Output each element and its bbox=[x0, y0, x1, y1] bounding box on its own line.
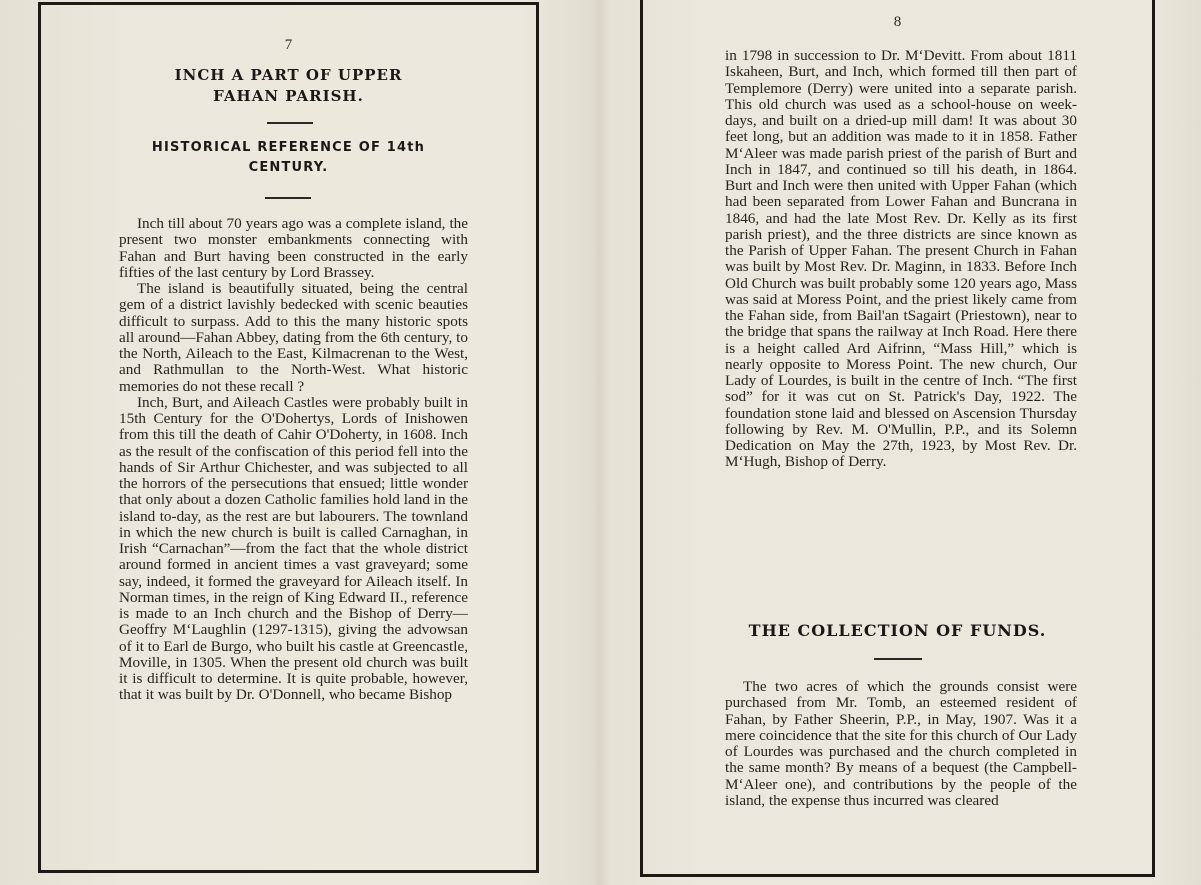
paragraph: The island is beautifully situated, bein… bbox=[119, 281, 468, 395]
right-page: 8 in 1798 in succession to Dr. M‘Devitt.… bbox=[640, 0, 1155, 877]
page-number: 7 bbox=[41, 37, 536, 54]
right-body-text: in 1798 in succession to Dr. M‘Devitt. F… bbox=[725, 48, 1077, 471]
section-title: THE COLLECTION OF FUNDS. bbox=[643, 620, 1152, 641]
page-title-line-1: INCH A PART OF UPPER bbox=[41, 65, 536, 86]
paragraph: Inch till about 70 years ago was a compl… bbox=[119, 216, 468, 281]
title-divider bbox=[267, 122, 313, 124]
booklet-spread: 7 INCH A PART OF UPPER FAHAN PARISH. HIS… bbox=[0, 0, 1201, 885]
left-body-text: Inch till about 70 years ago was a compl… bbox=[119, 216, 468, 704]
paragraph: The two acres of which the grounds consi… bbox=[725, 679, 1077, 809]
page-title-line-2: FAHAN PARISH. bbox=[41, 86, 536, 107]
paragraph: Inch, Burt, and Aileach Castles were pro… bbox=[119, 395, 468, 704]
section-body-text: The two acres of which the grounds consi… bbox=[725, 679, 1077, 809]
subtitle-divider bbox=[265, 197, 311, 199]
page-number: 8 bbox=[643, 14, 1152, 31]
paragraph: in 1798 in succession to Dr. M‘Devitt. F… bbox=[725, 48, 1077, 471]
subtitle-line-1: HISTORICAL REFERENCE OF 14th bbox=[41, 138, 536, 158]
left-page: 7 INCH A PART OF UPPER FAHAN PARISH. HIS… bbox=[38, 2, 539, 873]
section-divider bbox=[874, 658, 922, 660]
subtitle-line-2: CENTURY. bbox=[41, 158, 536, 178]
